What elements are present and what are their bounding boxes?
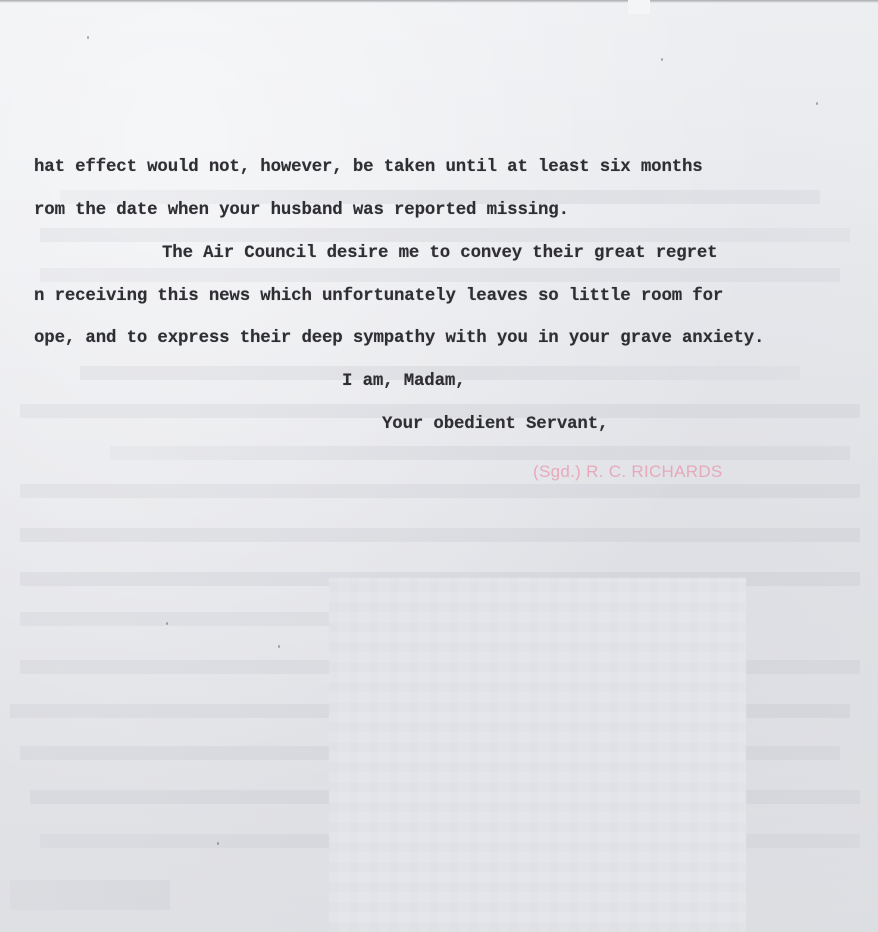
redacted-region (329, 578, 746, 932)
bleed-through-line (20, 528, 860, 542)
paper-speck (217, 842, 219, 845)
body-line-5: ope, and to express their deep sympathy … (34, 329, 764, 348)
bleed-through-line (40, 228, 850, 242)
bleed-through-line (10, 880, 170, 910)
paper-tab (628, 0, 650, 14)
bleed-through-line (40, 268, 840, 282)
bleed-through-line (20, 484, 860, 498)
body-line-2: rom the date when your husband was repor… (34, 201, 569, 220)
body-line-3: The Air Council desire me to convey thei… (162, 244, 717, 263)
body-line-1: hat effect would not, however, be taken … (34, 158, 703, 177)
document-page: hat effect would not, however, be taken … (0, 0, 878, 932)
paper-speck (816, 102, 818, 105)
paper-speck (166, 622, 168, 625)
paper-speck (661, 58, 663, 61)
body-line-4: n receiving this news which unfortunatel… (34, 287, 723, 306)
paper-speck (278, 645, 280, 648)
closing-salutation: I am, Madam, (342, 372, 465, 391)
bleed-through-line (110, 446, 850, 460)
closing-valediction: Your obedient Servant, (382, 415, 608, 434)
signature-stamp: (Sgd.) R. C. RICHARDS (533, 462, 723, 482)
paper-speck (87, 36, 89, 39)
page-top-edge (0, 0, 878, 3)
